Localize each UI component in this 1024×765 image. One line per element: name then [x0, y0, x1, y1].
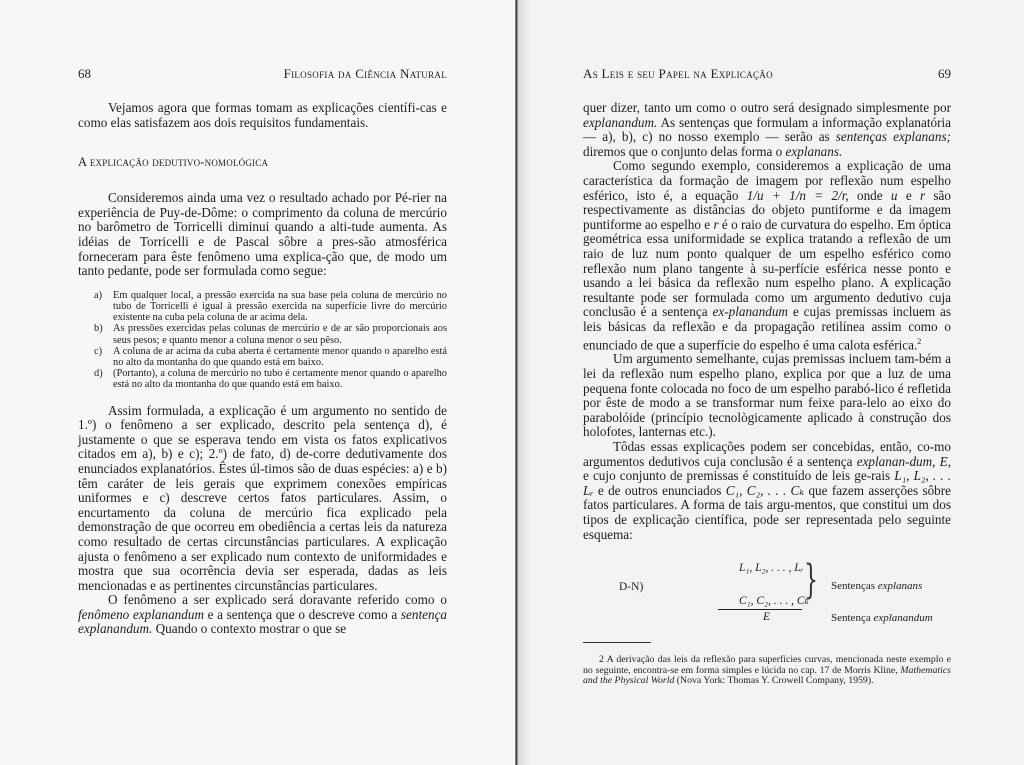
paragraph: Assim formulada, a explicação é um argum…: [78, 404, 447, 594]
text-run: O fenômeno a ser explicado será doravant…: [108, 592, 447, 607]
italic-term: fenômeno explanandum: [78, 607, 204, 622]
dn-scheme: D-N) L₁, L₂, . . . , Lᵣ C₁, C₂, . . . , …: [583, 556, 951, 626]
explanandum-label: Sentença explanandum: [831, 612, 933, 624]
premise-label: d): [94, 368, 113, 390]
running-head-title: Filosofia da Ciência Natural: [284, 66, 447, 82]
gutter-shadow: [518, 0, 532, 765]
section-title: A explicação dedutivo-nomológica: [78, 155, 447, 170]
paragraph: Um argumento semelhante, cujas premissas…: [583, 352, 951, 440]
right-page: As Leis e seu Papel na Explicação 69 que…: [518, 0, 1024, 765]
paragraph: Como segundo exemplo, consideremos a exp…: [583, 159, 951, 352]
text-run: e cujo conjunto de premissas é constituí…: [583, 468, 894, 483]
paragraph: O fenômeno a ser explicado será doravant…: [78, 593, 447, 637]
italic-term: explanan-dum, E,: [857, 454, 951, 469]
intro-paragraph: Vejamos agora que formas tomam as explic…: [78, 101, 447, 130]
footnote-reference[interactable]: 2: [917, 337, 921, 346]
premise-label: b): [94, 323, 113, 345]
italic-term: explanans: [878, 580, 923, 592]
premise-text: Em qualquer local, a pressão exercida na…: [113, 290, 447, 324]
premises-list: a) Em qualquer local, a pressão exercida…: [78, 290, 447, 391]
left-running-head: 68 Filosofia da Ciência Natural: [78, 66, 447, 84]
premise-item: a) Em qualquer local, a pressão exercida…: [94, 290, 447, 324]
premise-text: (Portanto), a coluna de mercúrio no tubo…: [113, 368, 447, 390]
text-run: Quando o contexto mostrar o que se: [152, 621, 346, 636]
left-page: 68 Filosofia da Ciência Natural Vejamos …: [0, 0, 516, 765]
text-run: Sentenças: [831, 580, 878, 592]
premise-label: c): [94, 346, 113, 368]
text-run: e de outros enunciados: [594, 483, 726, 498]
text-run: (Nova York: Thomas Y. Crowell Company, 1…: [674, 675, 873, 686]
equation: 1/u + 1/n = 2/r,: [747, 188, 849, 203]
paragraph: Tôdas essas explicações podem ser conceb…: [583, 440, 951, 542]
footnote: 2 A derivação das leis da reflexão para …: [583, 655, 951, 687]
scheme-laws: L₁, L₂, . . . , Lᵣ: [739, 562, 804, 574]
premise-text: As pressões exercidas pelas colunas de m…: [113, 323, 447, 345]
text-run: e: [898, 188, 920, 203]
premise-label: a): [94, 290, 113, 324]
premise-item: c) A coluna de ar acima da cuba aberta é…: [94, 346, 447, 368]
right-brace-icon: }: [804, 558, 818, 602]
running-head-title: As Leis e seu Papel na Explicação: [583, 66, 773, 82]
right-running-head: As Leis e seu Papel na Explicação 69: [583, 66, 951, 84]
variable: u: [891, 188, 898, 203]
italic-term: explanandum.: [583, 115, 657, 130]
text-run: Sentença: [831, 612, 873, 624]
left-page-content: 68 Filosofia da Ciência Natural Vejamos …: [78, 66, 447, 637]
italic-term: explanandum: [873, 612, 932, 624]
italic-term: sentenças explanans;: [836, 129, 951, 144]
text-run: diremos que o conjunto delas forma o: [583, 144, 786, 159]
scheme-label: D-N): [619, 581, 643, 593]
text-run: A derivação das leis da reflexão para su…: [583, 654, 951, 676]
scheme-conditions: C₁, C₂, . . . , Cₖ: [739, 593, 809, 607]
italic-term: ex-planandum: [713, 304, 788, 319]
scheme-conclusion: E: [763, 611, 770, 623]
premise-item: b) As pressões exercidas pelas colunas d…: [94, 323, 447, 345]
text-run: quer dizer, tanto um como o outro será d…: [583, 100, 951, 115]
premise-item: d) (Portanto), a coluna de mercúrio no t…: [94, 368, 447, 390]
paragraph: Consideremos ainda uma vez o resultado a…: [78, 191, 447, 279]
paragraph: quer dizer, tanto um como o outro será d…: [583, 101, 951, 159]
conditions-list: C₁, C₂, . . . Cₖ: [726, 483, 804, 498]
premise-text: A coluna de ar acima da cuba aberta é ce…: [113, 346, 447, 368]
explanans-label: Sentenças explanans: [831, 580, 922, 592]
footnote-divider: [583, 642, 651, 643]
page-number: 69: [938, 66, 951, 82]
inference-line: [718, 609, 802, 610]
text-run: e a sentença que o descreve como a: [204, 607, 401, 622]
text-run: onde: [849, 188, 891, 203]
italic-term: explanans.: [786, 144, 843, 159]
right-page-content: As Leis e seu Papel na Explicação 69 que…: [583, 66, 951, 687]
page-number: 68: [78, 66, 91, 82]
